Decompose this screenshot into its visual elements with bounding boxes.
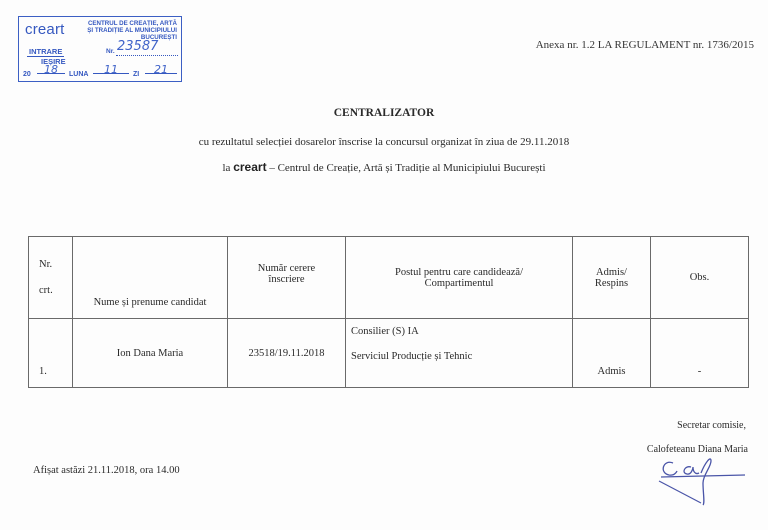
cell-obs: -: [651, 319, 749, 388]
header-nr-crt: Nr. crt.: [29, 237, 73, 319]
stamp-year-prefix: 20: [23, 71, 31, 78]
secretary-label: Secretar comisie,: [677, 420, 746, 431]
stamp-luna-value: 11: [93, 63, 129, 74]
registration-stamp: creart CENTRUL DE CREAȚIE, ARTĂ ȘI TRADI…: [18, 16, 182, 82]
stamp-institution: CENTRUL DE CREAȚIE, ARTĂ ȘI TRADIȚIE AL …: [87, 20, 177, 41]
header-admis-respins: Admis/ Respins: [573, 237, 651, 319]
signature-icon: [655, 453, 755, 513]
results-table: Nr. crt. Nume și prenume candidat Număr …: [28, 236, 749, 388]
cell-nr: 1.: [29, 319, 73, 388]
stamp-year-value: 18: [37, 63, 65, 74]
table-header-row: Nr. crt. Nume și prenume candidat Număr …: [29, 237, 749, 319]
header-obs: Obs.: [651, 237, 749, 319]
cell-numar: 23518/19.11.2018: [228, 319, 346, 388]
stamp-nr-label: Nr.: [106, 48, 115, 55]
header-nume: Nume și prenume candidat: [73, 237, 228, 319]
stamp-luna-label: LUNA: [69, 71, 88, 78]
header-post: Postul pentru care candidează/ Compartim…: [346, 237, 573, 319]
posting-date: Afișat astăzi 21.11.2018, ora 14.00: [33, 465, 180, 476]
stamp-nr-line: [116, 55, 178, 56]
stamp-nr-value: 23587: [117, 39, 158, 54]
document-institution-line: la creart – Centrul de Creație, Artă și …: [0, 160, 768, 174]
header-numar-cerere: Număr cerere înscriere: [228, 237, 346, 319]
stamp-intrare-label: INTRARE: [27, 47, 64, 57]
annex-reference: Anexa nr. 1.2 LA REGULAMENT nr. 1736/201…: [536, 39, 754, 51]
stamp-logo: creart: [25, 21, 65, 38]
cell-nume: Ion Dana Maria: [73, 319, 228, 388]
stamp-zi-label: ZI: [133, 71, 139, 78]
stamp-zi-value: 21: [145, 63, 177, 74]
document-subtitle: cu rezultatul selecției dosarelor înscri…: [0, 136, 768, 148]
creart-brand-logo: creart: [233, 160, 266, 174]
document-title: CENTRALIZATOR: [0, 107, 768, 119]
cell-rezultat: Admis: [573, 319, 651, 388]
table-row: 1. Ion Dana Maria 23518/19.11.2018 Consi…: [29, 319, 749, 388]
cell-post: Consilier (S) IA Serviciul Producție și …: [346, 319, 573, 388]
